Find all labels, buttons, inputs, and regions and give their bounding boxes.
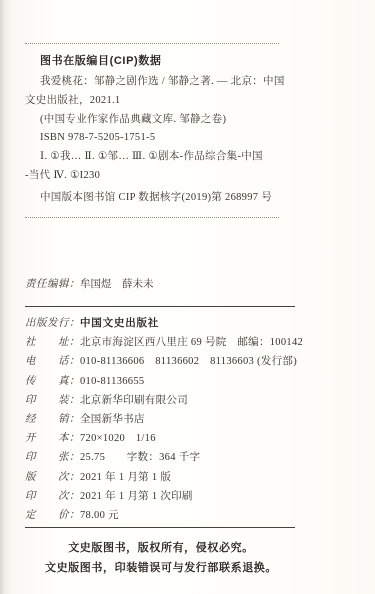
cip-title-statement: 我爱桃花：邹静之剧作选 / 邹静之著. — 北京：中国: [25, 73, 279, 92]
colophon-row-format: 开 本：720×1020 1/16: [25, 429, 355, 448]
editor-label: 责任编辑：: [25, 279, 80, 290]
colophon-row-label: 印 装：: [25, 395, 80, 406]
colophon-row-label: 开 本：: [25, 433, 80, 444]
colophon-row-address: 社 址：北京市海淀区西八里庄 69 号院 邮编：100142: [25, 333, 355, 352]
colophon-row-publisher: 出版发行：中国文史出版社: [25, 314, 355, 333]
cip-heading: 图书在版编目(CIP)数据: [40, 52, 279, 68]
cip-classification-cont: -当代 Ⅳ. ①I230: [25, 167, 279, 186]
colophon-row-value: 25.75 字数：364 千字: [80, 452, 200, 463]
colophon-row-value: 北京市海淀区西八里庄 69 号院 邮编：100142: [80, 337, 303, 348]
colophon-row-label: 电 话：: [25, 356, 80, 367]
colophon-row-label: 社 址：: [25, 337, 80, 348]
colophon-row-value: 北京新华印刷有限公司: [80, 395, 188, 406]
colophon-row-price: 定 价：78.00 元: [25, 506, 355, 525]
responsible-editor-row: 责任编辑：牟国煜 薛未未: [25, 276, 154, 291]
colophon-row-distributor: 经 销：全国新华书店: [25, 410, 355, 429]
editor-names: 牟国煜 薛未未: [80, 279, 154, 290]
colophon-row-value: 中国文史出版社: [80, 317, 159, 329]
colophon-row-value: 2021 年 1 月第 1 次印刷: [80, 491, 193, 502]
copyright-notice-line: 文史版图书，版权所有，侵权必究。: [25, 538, 297, 558]
book-copyright-page: 图书在版编目(CIP)数据 我爱桃花：邹静之剧作选 / 邹静之著. — 北京：中…: [0, 0, 375, 594]
colophon-row-value: 78.00 元: [80, 510, 119, 521]
cip-series-note: (中国专业作家作品典藏文库. 邹静之卷): [25, 111, 279, 130]
colophon-row-value: 2021 年 1 月第 1 版: [80, 472, 171, 483]
colophon-row-value: 720×1020 1/16: [80, 433, 156, 444]
colophon-row-value: 010-81136655: [80, 376, 144, 387]
colophon-row-label: 印 张：: [25, 452, 80, 463]
cip-isbn: ISBN 978-7-5205-1751-5: [25, 129, 279, 148]
colophon-row-label: 版 次：: [25, 472, 80, 483]
colophon-row-printing: 印 次：2021 年 1 月第 1 次印刷: [25, 487, 355, 506]
colophon-row-label: 传 真：: [25, 376, 80, 387]
colophon-row-label: 经 销：: [25, 414, 80, 425]
colophon-row-sheets: 印 张：25.75 字数：364 千字: [25, 448, 355, 467]
colophon-row-label: 印 次：: [25, 491, 80, 502]
colophon-row-value: 010-81136606 81136602 81136603 (发行部): [80, 356, 297, 367]
colophon-row-label: 定 价：: [25, 510, 80, 521]
cip-classification: Ⅰ. ①我… Ⅱ. ①邹… Ⅲ. ①剧本-作品综合集-中国: [25, 148, 279, 167]
divider-top: [25, 306, 295, 307]
colophon-row-printer: 印 装：北京新华印刷有限公司: [25, 391, 355, 410]
colophon-row-value: 全国新华书店: [80, 414, 145, 425]
colophon-row-edition: 版 次：2021 年 1 月第 1 版: [25, 468, 355, 487]
colophon-row-label: 出版发行：: [25, 318, 80, 329]
returns-notice-line: 文史版图书，印装错误可与发行部联系退换。: [25, 558, 297, 578]
colophon-row-fax: 传 真：010-81136655: [25, 372, 355, 391]
cip-data-block: 图书在版编目(CIP)数据 我爱桃花：邹静之剧作选 / 邹静之著. — 北京：中…: [25, 43, 279, 218]
cip-record-number: 中国版本图书馆 CIP 数据核字(2019)第 268997 号: [25, 189, 279, 208]
colophon-rows: 出版发行：中国文史出版社 社 址：北京市海淀区西八里庄 69 号院 邮编：100…: [25, 314, 355, 525]
colophon-row-phone: 电 话：010-81136606 81136602 81136603 (发行部): [25, 352, 355, 371]
copyright-notices: 文史版图书，版权所有，侵权必究。 文史版图书，印装错误可与发行部联系退换。: [25, 538, 297, 578]
cip-title-statement-cont: 文史出版社，2021.1: [25, 92, 279, 111]
divider-bottom: [25, 527, 295, 528]
